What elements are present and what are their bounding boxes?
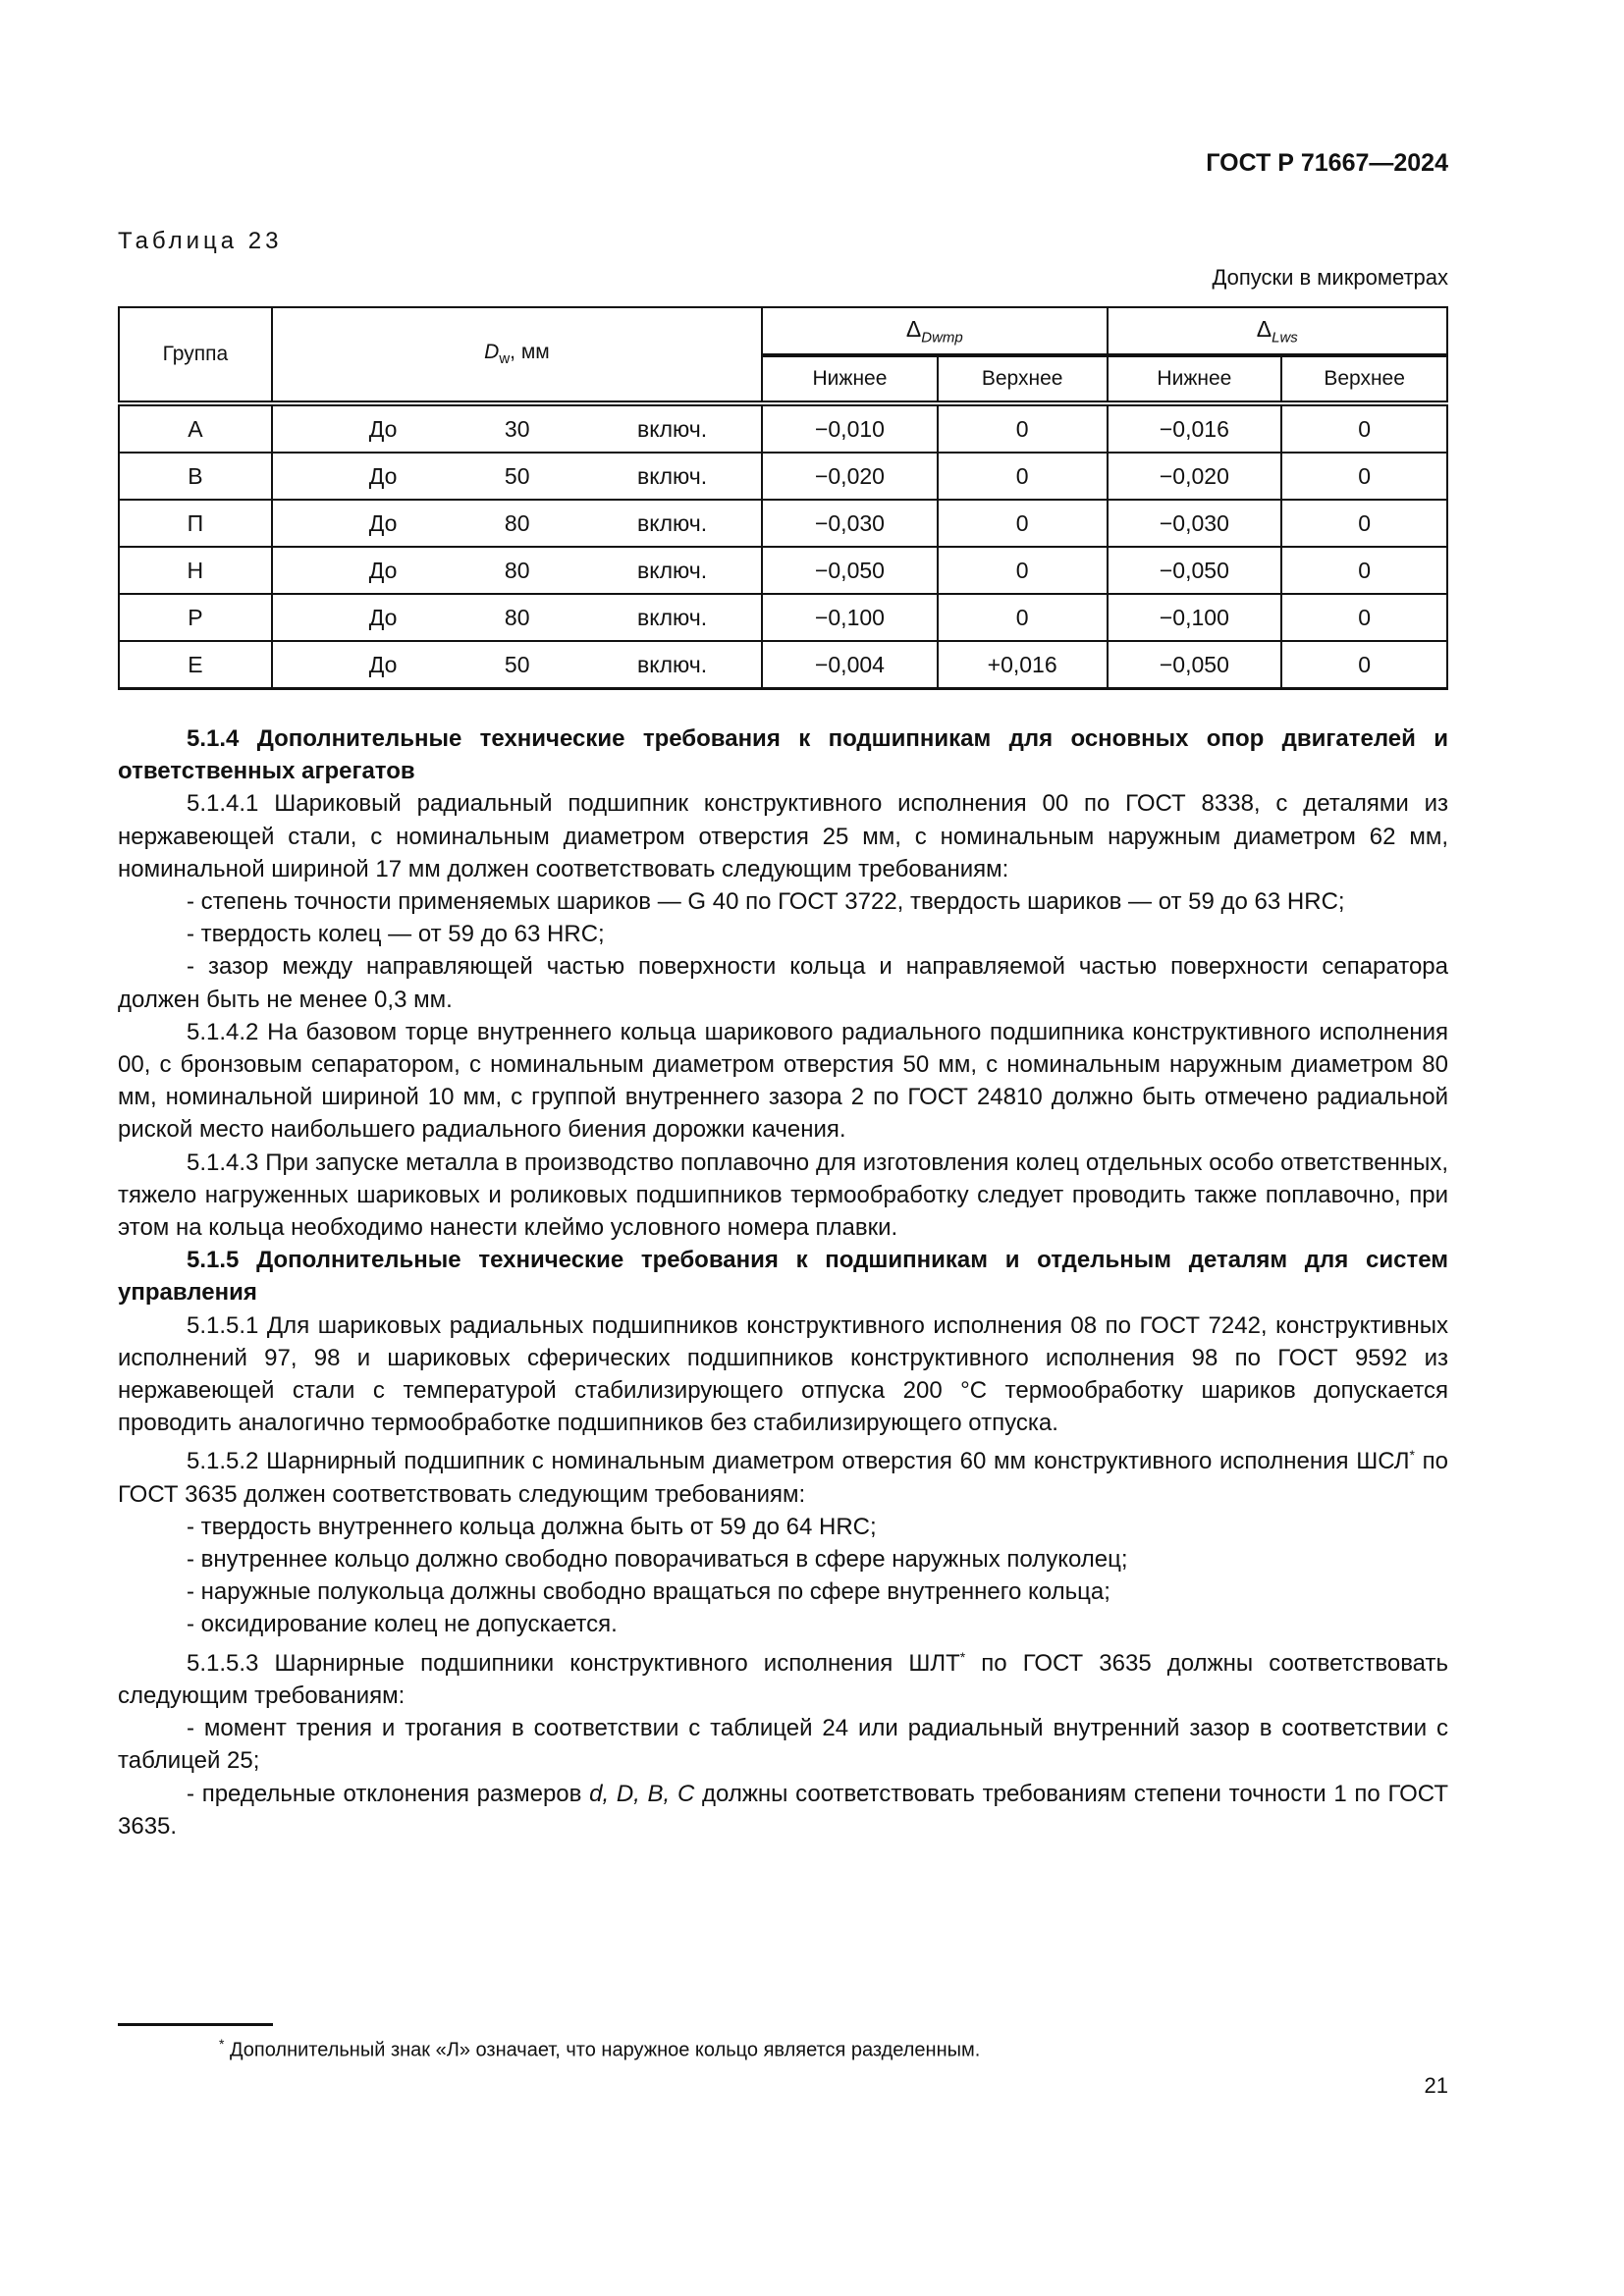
cell-lws-lower: −0,050 [1108,641,1282,689]
cell-group: Е [119,641,272,689]
cell-group: П [119,500,272,547]
cell-dw-suffix: включ. [637,416,707,443]
header-dw: Dw, мм [272,307,762,403]
dw-symbol: D [484,341,499,363]
clause-5-1-5-2: 5.1.5.2 Шарнирный подшипник с номинальны… [118,1439,1448,1510]
cell-lws-upper: 0 [1281,641,1447,689]
cell-dw: До50включ. [272,641,762,689]
cell-dwmp-lower: −0,004 [762,641,938,689]
cell-dw-value: 80 [498,510,537,537]
tolerance-table: Группа Dw, мм ΔDwmp ΔLws Нижнее Верхнее … [118,306,1448,690]
header-dwmp-upper: Верхнее [938,355,1108,403]
cell-lws-upper: 0 [1281,500,1447,547]
table-row: ПДо80включ.−0,0300−0,0300 [119,500,1447,547]
cell-dw-prefix: До [369,558,398,584]
list-item: - степень точности применяемых шариков —… [118,885,1448,918]
cell-dw-value: 80 [498,558,537,584]
cell-dw-suffix: включ. [637,510,707,537]
header-delta-lws: ΔLws [1108,307,1447,355]
cell-dw-value: 50 [498,463,537,490]
table-row: ЕДо50включ.−0,004+0,016−0,0500 [119,641,1447,689]
footnote-marker: * [219,2036,224,2052]
cell-dwmp-upper: 0 [938,594,1108,641]
cell-dw: До50включ. [272,453,762,500]
table-row: ВДо50включ.−0,0200−0,0200 [119,453,1447,500]
clause-5-1-5-3: 5.1.5.3 Шарнирные подшипники конструктив… [118,1641,1448,1712]
delta-symbol: Δ [906,316,921,342]
cell-dwmp-upper: 0 [938,403,1108,453]
cell-dw-value: 50 [498,652,537,678]
footnote: * Дополнительный знак «Л» означает, что … [219,2036,980,2062]
cell-lws-lower: −0,020 [1108,453,1282,500]
cell-dw: До80включ. [272,594,762,641]
cell-lws-upper: 0 [1281,547,1447,594]
cell-dw-value: 30 [498,416,537,443]
cell-dw: До80включ. [272,500,762,547]
cell-group: А [119,403,272,453]
clause-5-1-4-1: 5.1.4.1 Шариковый радиальный подшипник к… [118,787,1448,885]
cell-dw-prefix: До [369,416,398,443]
list-item: - наружные полукольца должны свободно вр… [118,1575,1448,1608]
header-lws-upper: Верхнее [1281,355,1447,403]
list-item: - момент трения и трогания в соответстви… [118,1712,1448,1777]
cell-dwmp-lower: −0,100 [762,594,938,641]
cell-dw-suffix: включ. [637,463,707,490]
list-item: - внутреннее кольцо должно свободно пово… [118,1543,1448,1575]
cell-group: Н [119,547,272,594]
cell-dwmp-upper: 0 [938,500,1108,547]
header-lws-lower: Нижнее [1108,355,1282,403]
cell-lws-lower: −0,030 [1108,500,1282,547]
cell-lws-lower: −0,016 [1108,403,1282,453]
delta-dwmp-subscript: Dwmp [921,329,963,346]
cell-lws-upper: 0 [1281,403,1447,453]
section-5-1-5-heading: 5.1.5 Дополнительные технические требова… [118,1244,1448,1308]
cell-lws-upper: 0 [1281,453,1447,500]
list-item: - зазор между направляющей частью поверх… [118,950,1448,1015]
cell-dw: До80включ. [272,547,762,594]
footnote-divider [118,2023,273,2026]
table-row: РДо80включ.−0,1000−0,1000 [119,594,1447,641]
footnote-text: Дополнительный знак «Л» означает, что на… [230,2040,980,2061]
table-row: АДо30включ.−0,0100−0,0160 [119,403,1447,453]
cell-dw-suffix: включ. [637,652,707,678]
clause-text: 5.1.5.2 Шарнирный подшипник с номинальны… [187,1448,1410,1474]
cell-dw-suffix: включ. [637,605,707,631]
cell-dwmp-lower: −0,030 [762,500,938,547]
cell-dw-value: 80 [498,605,537,631]
cell-lws-lower: −0,050 [1108,547,1282,594]
header-dwmp-lower: Нижнее [762,355,938,403]
cell-dw-prefix: До [369,605,398,631]
cell-dw-prefix: До [369,652,398,678]
document-code: ГОСТ Р 71667—2024 [1206,149,1448,178]
dw-subscript: w [499,351,510,368]
table-units: Допуски в микрометрах [1212,265,1448,291]
list-item: - твердость внутреннего кольца должна бы… [118,1511,1448,1543]
cell-lws-lower: −0,100 [1108,594,1282,641]
cell-dwmp-lower: −0,020 [762,453,938,500]
page-number: 21 [1425,2073,1448,2099]
cell-group: В [119,453,272,500]
delta-lws-subscript: Lws [1272,329,1298,346]
list-item: - твердость колец — от 59 до 63 HRC; [118,918,1448,950]
header-group: Группа [119,307,272,403]
cell-dw: До30включ. [272,403,762,453]
cell-dw-suffix: включ. [637,558,707,584]
cell-dwmp-lower: −0,010 [762,403,938,453]
clause-text: 5.1.5.3 Шарнирные подшипники конструктив… [187,1650,960,1677]
dw-unit: , мм [510,341,550,363]
body-text: 5.1.4 Дополнительные технические требова… [118,722,1448,1842]
table-caption: Таблица 23 [118,228,282,255]
header-delta-dwmp: ΔDwmp [762,307,1107,355]
cell-dw-prefix: До [369,463,398,490]
clause-text: - предельные отклонения размеров [187,1781,589,1807]
cell-dwmp-upper: 0 [938,547,1108,594]
clause-5-1-4-2: 5.1.4.2 На базовом торце внутреннего кол… [118,1016,1448,1147]
cell-dwmp-upper: +0,016 [938,641,1108,689]
clause-5-1-5-1: 5.1.5.1 Для шариковых радиальных подшипн… [118,1309,1448,1440]
cell-lws-upper: 0 [1281,594,1447,641]
table-row: НДо80включ.−0,0500−0,0500 [119,547,1447,594]
section-5-1-4-heading: 5.1.4 Дополнительные технические требова… [118,722,1448,787]
cell-dwmp-upper: 0 [938,453,1108,500]
delta-symbol: Δ [1257,316,1272,342]
clause-5-1-4-3: 5.1.4.3 При запуске металла в производст… [118,1147,1448,1245]
list-item: - оксидирование колец не допускается. [118,1608,1448,1640]
cell-group: Р [119,594,272,641]
list-item: - предельные отклонения размеров d, D, B… [118,1778,1448,1842]
cell-dw-prefix: До [369,510,398,537]
dimension-symbols: d, D, B, C [589,1781,694,1807]
cell-dwmp-lower: −0,050 [762,547,938,594]
